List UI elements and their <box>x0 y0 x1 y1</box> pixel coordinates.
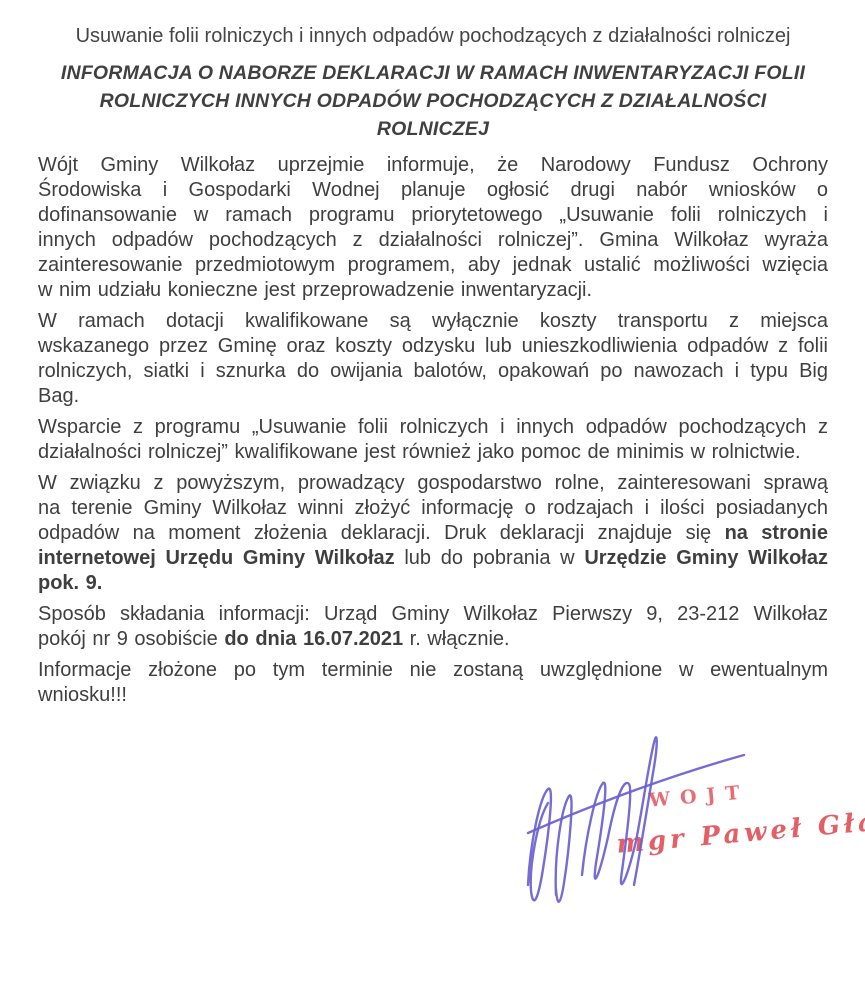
text-segment: pokój nr 9 osobiście <box>38 628 224 650</box>
title-line-2: ROLNICZYCH INNYCH ODPADÓW POCHODZĄCYCH Z… <box>38 87 828 115</box>
bold-text-segment: na stronie <box>725 522 828 544</box>
title-line-3: ROLNICZEJ <box>38 115 828 143</box>
text-line: Sposób składania informacji: Urząd Gminy… <box>38 602 828 627</box>
text-line: Informacje złożone po tym terminie nie z… <box>38 658 828 683</box>
text-segment: odpadów na moment złożenia deklaracji. D… <box>38 522 725 544</box>
text-line: wskazanego przez Gminę oraz koszty odzys… <box>38 334 828 359</box>
stamp-name: mgr Paweł Głąb <box>615 804 865 860</box>
stamp-title-wojt: WOJT <box>648 767 865 812</box>
text-segment: lub do pobrania w <box>395 547 585 569</box>
text-line: Środowiska i Gospodarki Wodnej planuje o… <box>38 178 828 203</box>
text-line: pok. 9. <box>38 571 828 596</box>
bold-text-segment: internetowej Urzędu Gminy Wilkołaz <box>38 547 395 569</box>
handwritten-signature <box>498 733 754 925</box>
text-line: dofinansowanie w ramach programu prioryt… <box>38 203 828 228</box>
paragraph-2: W ramach dotacji kwalifikowane są wyłącz… <box>38 309 828 409</box>
text-line: na terenie Gminy Wilkołaz winni złożyć i… <box>38 496 828 521</box>
text-segment: r. włącznie. <box>403 628 509 650</box>
paragraph-3: Wsparcie z programu „Usuwanie folii roln… <box>38 415 828 465</box>
signature-stroke-flourish <box>528 755 744 833</box>
text-line: internetowej Urzędu Gminy Wilkołaz lub d… <box>38 546 828 571</box>
text-line: odpadów na moment złożenia deklaracji. D… <box>38 521 828 546</box>
text-line: działalności rolniczej” kwalifikowane je… <box>38 440 828 465</box>
paragraph-5: Sposób składania informacji: Urząd Gminy… <box>38 602 828 652</box>
paragraph-6: Informacje złożone po tym terminie nie z… <box>38 658 828 708</box>
text-line: W związku z powyższym, prowadzący gospod… <box>38 471 828 496</box>
signature-stroke-left <box>528 789 572 902</box>
text-line: zainteresowanie przedmiotowym programem,… <box>38 253 828 278</box>
bold-text-segment: do dnia 16.07.2021 <box>224 628 403 650</box>
bold-text-segment: Urzędzie Gminy Wilkołaz <box>584 547 828 569</box>
text-line: Wsparcie z programu „Usuwanie folii roln… <box>38 415 828 440</box>
document-body: Usuwanie folii rolniczych i innych odpad… <box>38 24 828 714</box>
text-line: Bag. <box>38 384 828 409</box>
signature-stroke-middle <box>582 737 657 885</box>
paragraph-1: Wójt Gminy Wilkołaz uprzejmie informuje,… <box>38 153 828 303</box>
document-title: INFORMACJA O NABORZE DEKLARACJI W RAMACH… <box>38 59 828 143</box>
document-subject-line: Usuwanie folii rolniczych i innych odpad… <box>38 24 828 49</box>
text-line: rolniczych, siatki i sznurka do owijania… <box>38 359 828 384</box>
title-line-1: INFORMACJA O NABORZE DEKLARACJI W RAMACH… <box>38 59 828 87</box>
text-line: W ramach dotacji kwalifikowane są wyłącz… <box>38 309 828 334</box>
text-line: pokój nr 9 osobiście do dnia 16.07.2021 … <box>38 627 828 652</box>
text-line: wniosku!!! <box>38 683 828 708</box>
text-line: innych odpadów pochodzących z działalnoś… <box>38 228 828 253</box>
text-line: w nim udziału konieczne jest przeprowadz… <box>38 278 828 303</box>
text-line: Wójt Gminy Wilkołaz uprzejmie informuje,… <box>38 153 828 178</box>
paragraph-4: W związku z powyższym, prowadzący gospod… <box>38 471 828 596</box>
official-stamp: WOJT mgr Paweł Głąb <box>612 767 865 860</box>
